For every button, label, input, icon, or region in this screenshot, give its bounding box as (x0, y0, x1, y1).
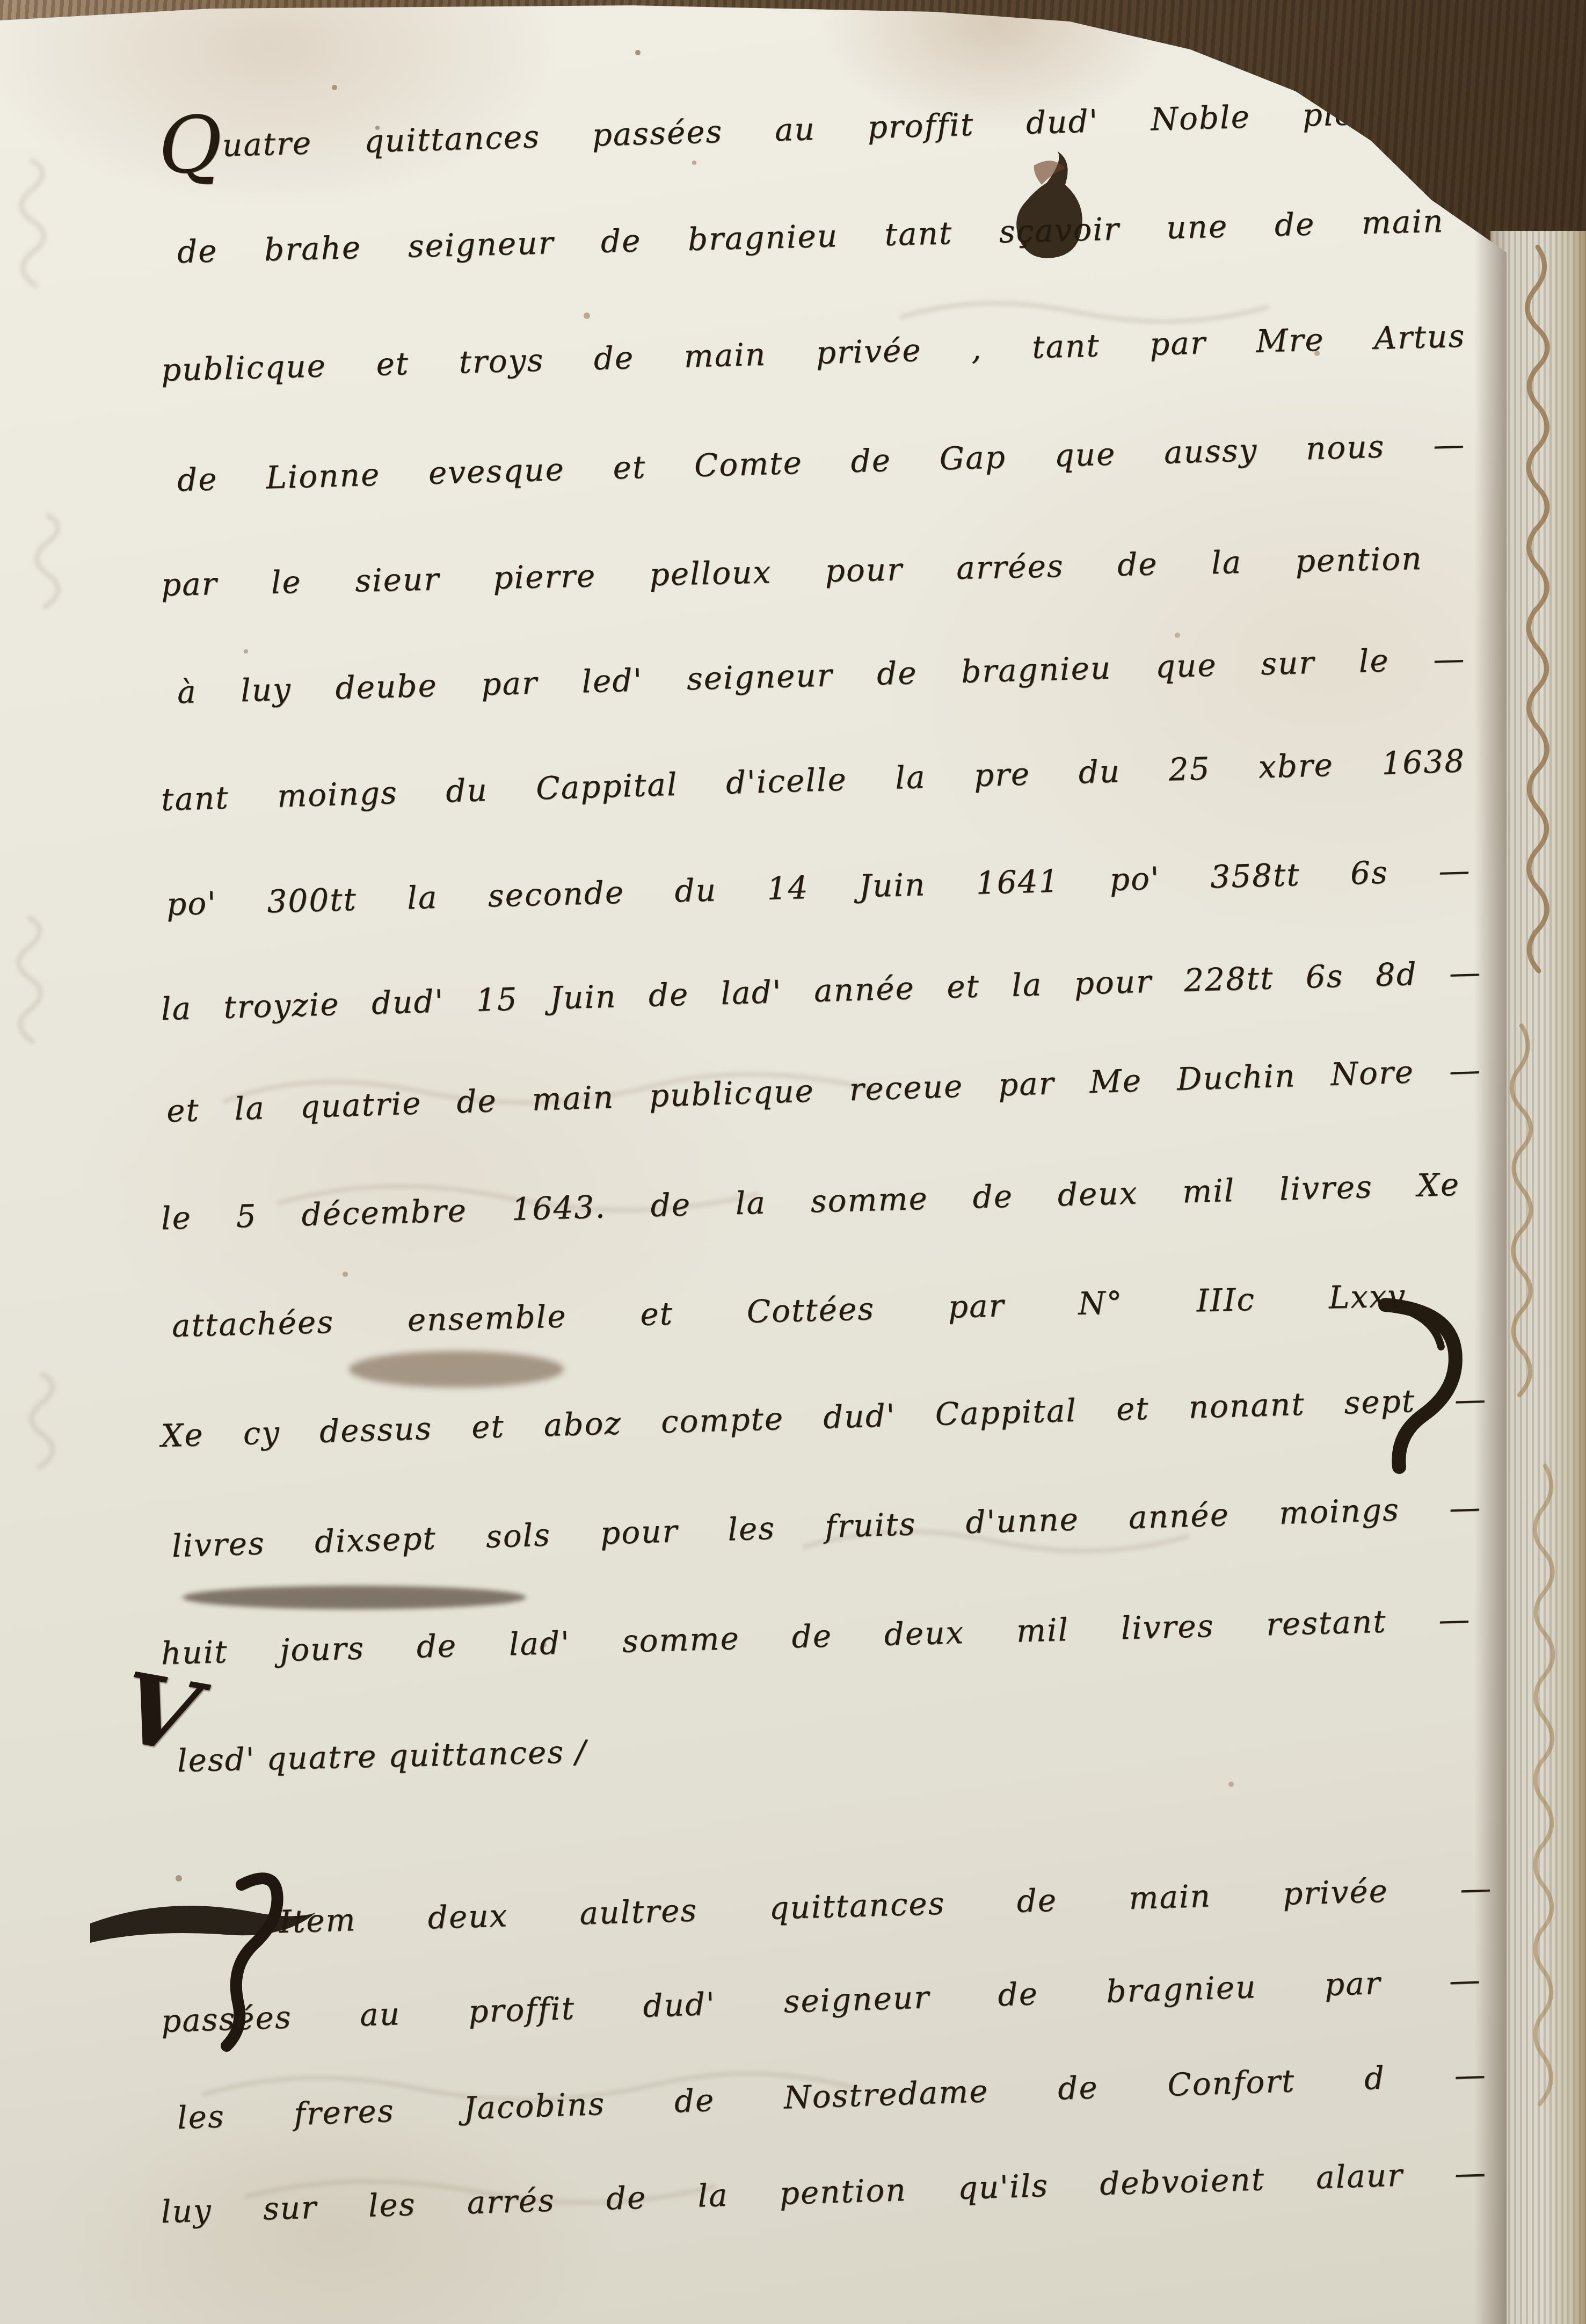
manuscript-page: Quatre quittances passées au proffit dud… (0, 0, 1507, 2324)
ink-smudge (344, 1337, 569, 1401)
marginalia-script (1500, 231, 1581, 2324)
ink-smudge (177, 1573, 585, 1622)
